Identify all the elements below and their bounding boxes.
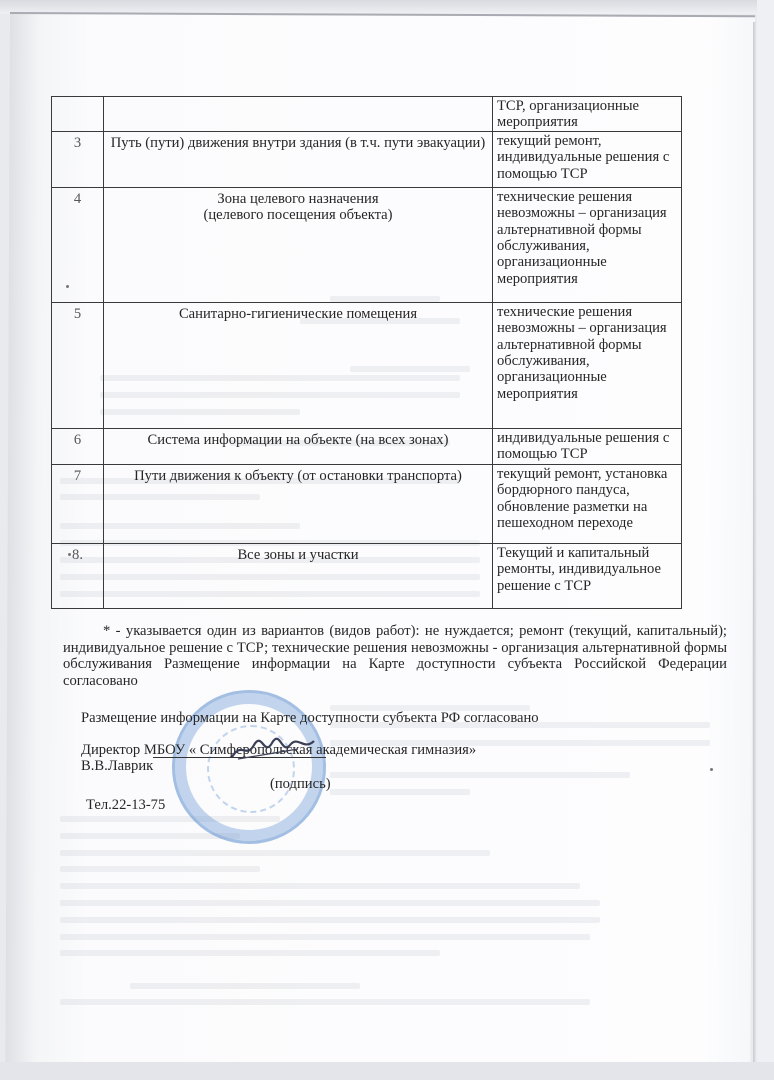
table-row: 3Путь (пути) движения внутри здания (в т…	[52, 131, 682, 187]
row-description: Пути движения к объекту (от остановки тр…	[104, 464, 493, 543]
director-name: В.В.Лаврик	[81, 758, 153, 775]
row-solution: текущий ремонт, индивидуальные решения с…	[493, 131, 682, 187]
table-row: 7Пути движения к объекту (от остановки т…	[52, 464, 682, 543]
row-number: 6	[52, 428, 104, 464]
row-description	[104, 97, 493, 132]
footnote: * - указывается один из вариантов (видов…	[63, 623, 727, 689]
row-solution: ТСР, организационные мероприятия	[493, 97, 682, 132]
row-solution: текущий ремонт, установка бордюрного пан…	[493, 464, 682, 543]
row-number: 4	[52, 187, 104, 302]
row-number: 8.	[52, 543, 104, 608]
scan-speck	[66, 285, 69, 288]
accessibility-measures-table: ТСР, организационные мероприятия3Путь (п…	[51, 96, 682, 609]
row-number: 7	[52, 464, 104, 543]
row-number: 5	[52, 302, 104, 428]
scan-right-edge	[757, 0, 774, 1080]
row-solution: технические решения невозможны – организ…	[493, 302, 682, 428]
table-row: 5Санитарно-гигиенические помещениятехнич…	[52, 302, 682, 428]
row-solution: Текущий и капитальный ремонты, индивидуа…	[493, 543, 682, 608]
row-description: Путь (пути) движения внутри здания (в т.…	[104, 131, 493, 187]
row-description: Все зоны и участки	[104, 543, 493, 608]
table-row: 6Система информации на объекте (на всех …	[52, 428, 682, 464]
scan-speck	[710, 768, 713, 771]
row-description: Зона целевого назначения (целевого посещ…	[104, 187, 493, 302]
scan-speck	[68, 553, 71, 556]
table-row: ТСР, организационные мероприятия	[52, 97, 682, 132]
scan-bottom-edge	[0, 1062, 774, 1080]
row-description: Система информации на объекте (на всех з…	[104, 428, 493, 464]
row-solution: технические решения невозможны – организ…	[493, 187, 682, 302]
row-number	[52, 97, 104, 132]
signature-caption: (подпись)	[270, 776, 331, 793]
table-row: 8.Все зоны и участкиТекущий и капитальны…	[52, 543, 682, 608]
approval-statement: Размещение информации на Карте доступнос…	[81, 710, 539, 727]
signature-line	[153, 757, 326, 758]
row-solution: индивидуальные решения с помощью ТСР	[493, 428, 682, 464]
row-number: 3	[52, 131, 104, 187]
row-description: Санитарно-гигиенические помещения	[104, 302, 493, 428]
phone-number: Тел.22-13-75	[86, 797, 165, 814]
table-row: 4Зона целевого назначения (целевого посе…	[52, 187, 682, 302]
